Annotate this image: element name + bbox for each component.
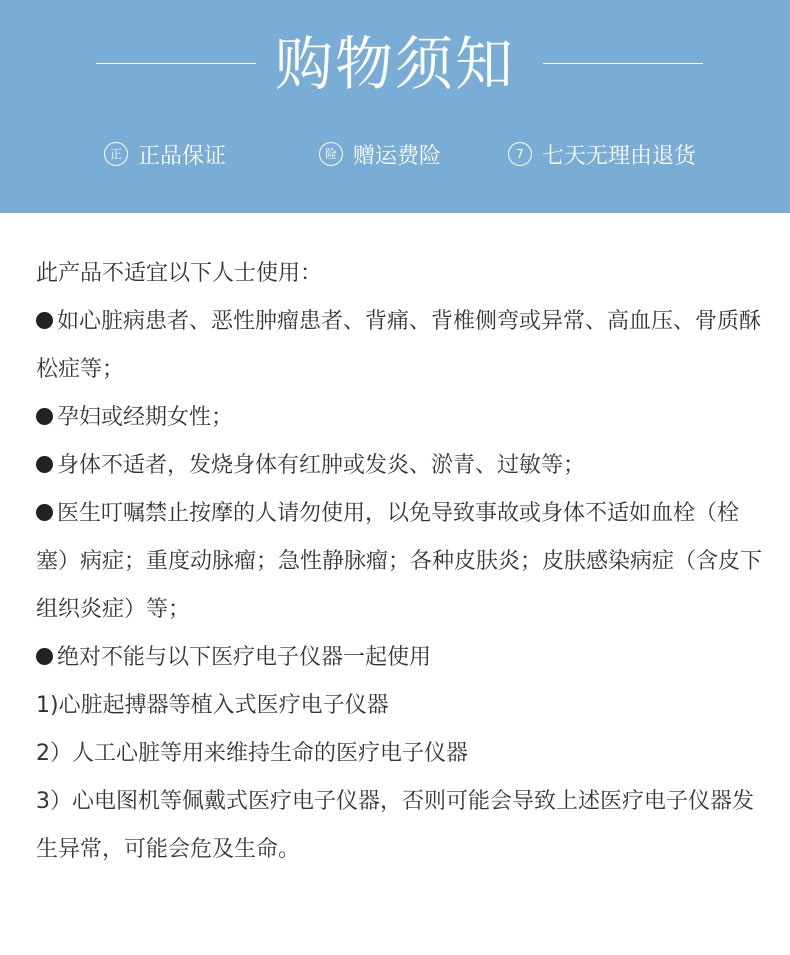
seven-circle-icon: 7 xyxy=(508,142,532,166)
page-title: 购物须知 xyxy=(0,28,790,100)
shopping-notice-header: 购物须知 正 正品保证 险 赠运费险 7 七天无理由退货 xyxy=(0,0,790,213)
numbered-item: 1)心脏起搏器等植入式医疗电子仪器 xyxy=(36,682,766,730)
list-item: 身体不适者，发烧身体有红肿或发炎、淤青、过敏等； xyxy=(36,442,766,490)
bullet-icon xyxy=(36,648,53,665)
guarantee-badges: 正 正品保证 险 赠运费险 7 七天无理由退货 xyxy=(0,138,790,170)
badge-label: 正品保证 xyxy=(138,139,226,170)
bullet-icon xyxy=(36,312,53,329)
badge-label: 赠运费险 xyxy=(353,139,441,170)
badge-label: 七天无理由退货 xyxy=(542,139,696,170)
badge-shipping-insurance: 险 赠运费险 xyxy=(319,138,441,170)
bullet-icon xyxy=(36,456,53,473)
zheng-circle-icon: 正 xyxy=(104,142,128,166)
numbered-item: 3）心电图机等佩戴式医疗电子仪器，否则可能会导致上述医疗电子仪器发生异常，可能会… xyxy=(36,778,766,874)
list-item: 如心脏病患者、恶性肿瘤患者、背痛、背椎侧弯或异常、高血压、骨质酥松症等； xyxy=(36,298,766,394)
list-item: 医生叮嘱禁止按摩的人请勿使用，以免导致事故或身体不适如血栓（栓塞）病症；重度动脉… xyxy=(36,490,766,634)
title-row: 购物须知 xyxy=(0,28,790,100)
list-item: 绝对不能与以下医疗电子仪器一起使用 xyxy=(36,634,766,682)
xian-circle-icon: 险 xyxy=(319,142,343,166)
bullet-icon xyxy=(36,408,53,425)
bullet-icon xyxy=(36,504,53,521)
list-item: 孕妇或经期女性； xyxy=(36,394,766,442)
numbered-item: 2）人工心脏等用来维持生命的医疗电子仪器 xyxy=(36,730,766,778)
title-divider-right xyxy=(543,63,703,64)
badge-genuine: 正 正品保证 xyxy=(104,138,226,170)
intro-text: 此产品不适宜以下人士使用： xyxy=(36,250,766,298)
badge-seven-day-return: 7 七天无理由退货 xyxy=(508,138,696,170)
notice-content: 此产品不适宜以下人士使用： 如心脏病患者、恶性肿瘤患者、背痛、背椎侧弯或异常、高… xyxy=(36,250,766,874)
